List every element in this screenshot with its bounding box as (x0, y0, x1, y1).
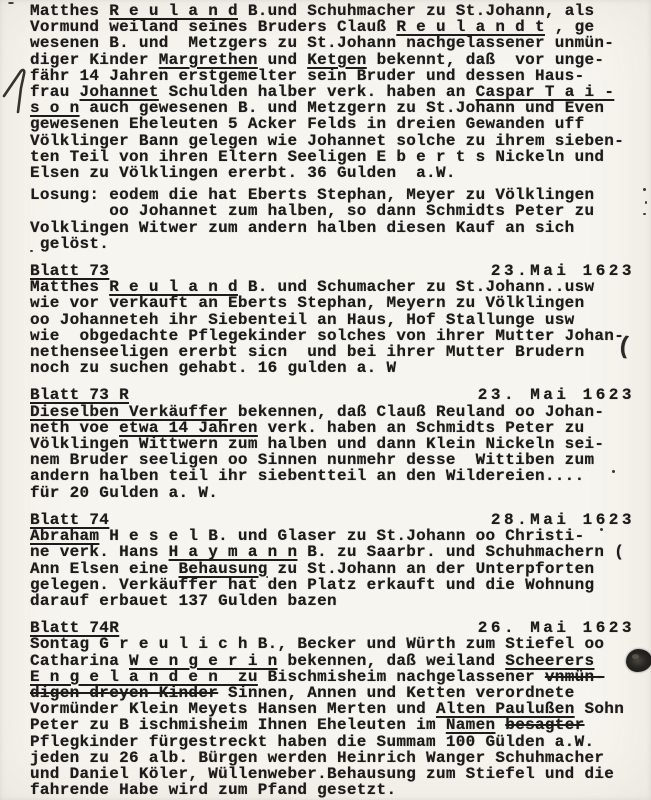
text-run: gelöst. (30, 235, 109, 253)
text-line: nem Bruder seeligen oo Sinnen nunmehr de… (30, 452, 635, 468)
text-line: E n g e l a n d e n zu Bischmisheim nach… (30, 669, 635, 685)
text-line: neth voe etwa 14 Jahren verk. haben an S… (30, 420, 635, 436)
text-line: s o n auch gewesenen B. und Metzgern zu … (30, 100, 635, 116)
text-line: diger Kinder Margrethen und Ketgen beken… (30, 52, 635, 68)
paragraph: Matthes R e u l a n d B.und Schuhmacher … (30, 3, 635, 181)
ink-speck (643, 188, 646, 191)
text-line: Ann Elsen eine Behausung zu St.Johann an… (30, 561, 635, 577)
text-line: Peter zu B ischmisheim Ihnen Eheleuten i… (30, 717, 635, 733)
paragraph: Losung: eodem die hat Eberts Stephan, Me… (30, 187, 635, 252)
text-line: wie obgedachte Pflegekinder solches von … (30, 328, 635, 344)
blatt-heading: Blatt 74R (30, 620, 119, 636)
text-line: Elsen zu Völklingen ererbt. 36 Gulden a.… (30, 165, 635, 181)
text-line: noch zu suchen gehabt. 16 gulden a. W (30, 360, 635, 376)
text-line: oo Johanneteh ihr Siebenteil an Haus, Ho… (30, 312, 635, 328)
text-line: Abraham H e s e l B. und Glaser zu St.Jo… (30, 528, 635, 544)
text-line: Matthes R e u l a n d B.und Schuhmacher … (30, 3, 635, 19)
text-line: Dieselben Verkäuffer bekennen, daß Clauß… (30, 404, 635, 420)
text-line: Sontag G r e u l i c h B., Becker und Wü… (30, 636, 635, 652)
record-entry: Blatt 7323.Mai 1623Matthes R e u l a n d… (30, 263, 635, 376)
text-line: Pflegkinder fürgestreckt haben die Summa… (30, 734, 635, 750)
text-line: Völklinger Bann gelegen wie Johannet sol… (30, 133, 635, 149)
text-run: Volklingen Witwer zum andern halben dies… (30, 219, 575, 237)
text-line: wie vor verkauft an Eberts Stephan, Meye… (30, 295, 635, 311)
text-run: noch zu suchen gehabt. 16 gulden a. W (30, 359, 396, 377)
entry-heading-row: Blatt 74R26. Mai 1623 (30, 620, 635, 636)
entry-heading-row: Blatt 7428.Mai 1623 (30, 512, 635, 528)
text-line: nethenseeligen ererbt sicn und bei ihrer… (30, 344, 635, 360)
record-entry: Blatt 73 R23. Mai 1623Dieselben Verkäuff… (30, 387, 635, 500)
ink-blot (626, 649, 651, 672)
text-line: Matthes R e u l a n d B. und Schumacher … (30, 279, 635, 295)
text-line: fahrende Habe wird zum Pfand gesetzt. (30, 782, 635, 798)
text-run: für 20 Gulden a. W. (30, 484, 218, 502)
text-line: ne verk. Hans H a y m a n n B. zu Saarbr… (30, 544, 635, 560)
text-run: fahrende Habe wird zum Pfand gesetzt. (30, 781, 396, 799)
text-line: andern halben teil ihr siebentteil an de… (30, 468, 635, 484)
entry-date: 23.Mai 1623 (491, 263, 635, 279)
text-line: ten Teil von ihren Eltern Seeligen E b e… (30, 149, 635, 165)
blatt-heading: Blatt 73 (30, 263, 109, 279)
entry-heading-row: Blatt 7323.Mai 1623 (30, 263, 635, 279)
scanned-document-page: Matthes R e u l a n d B.und Schuhmacher … (0, 0, 651, 800)
text-line: darauf erbauet 137 Gulden bazen (30, 593, 635, 609)
entry-date: 23. Mai 1623 (478, 387, 635, 403)
text-line: Vormund weiland seines Bruders Clauß R e… (30, 19, 635, 35)
text-line: gewesenen Eheleuten 5 Acker Felds in dre… (30, 116, 635, 132)
text-line: Völklingen Wittwern zum halben und dann … (30, 436, 635, 452)
text-line: jeden zu 26 alb. Bürgen werden Heinrich … (30, 750, 635, 766)
text-line: wesenen B. und Metzgers zu St.Johann nac… (30, 35, 635, 51)
text-run: Elsen zu Völklingen ererbt. 36 Gulden a.… (30, 164, 456, 182)
text-line: frau Johannet Schulden halber verk. habe… (30, 84, 635, 100)
entry-date: 28.Mai 1623 (491, 512, 635, 528)
text-run: darauf erbauet 137 Gulden bazen (30, 592, 337, 610)
entry-heading-row: Blatt 73 R23. Mai 1623 (30, 387, 635, 403)
text-line: und Daniel Köler, Wüllenweber.Behausung … (30, 766, 635, 782)
ink-speck (30, 250, 33, 252)
text-line: Losung: eodem die hat Eberts Stephan, Me… (30, 187, 635, 203)
text-line: oo Johannet zum halben, so dann Schmidts… (30, 203, 635, 219)
text-line: gelegen. Verkäuffer hat den Platz erkauf… (30, 577, 635, 593)
entry-date: 26. Mai 1623 (478, 620, 635, 636)
text-line: Volklingen Witwer zum andern halben dies… (30, 220, 635, 236)
record-entry: Blatt 74R26. Mai 1623Sontag G r e u l i … (30, 620, 635, 798)
text-line: für 20 Gulden a. W. (30, 485, 635, 501)
ink-speck (8, 2, 14, 4)
handwritten-margin-mark (1, 66, 31, 118)
pen-paren-mark: ( (616, 335, 633, 360)
record-entry: Blatt 7428.Mai 1623Abraham H e s e l B. … (30, 512, 635, 609)
text-line: Catharina W e n g e r i n bekennen, daß … (30, 653, 635, 669)
document-text: Matthes R e u l a n d B.und Schuhmacher … (30, 3, 635, 798)
ink-speck (600, 528, 603, 531)
blatt-heading: Blatt 73 R (30, 387, 129, 403)
text-line: fähr 14 Jahren erstgemelter sein Bruder … (30, 68, 635, 84)
ink-speck (645, 201, 647, 204)
text-line: Vormünder Klein Meyets Hansen Merten und… (30, 701, 635, 717)
blatt-heading: Blatt 74 (30, 512, 109, 528)
ink-speck (612, 470, 615, 473)
text-line: digen dreyen Kinder Sinnen, Annen und Ke… (30, 685, 635, 701)
text-line: gelöst. (30, 236, 635, 252)
ink-speck (643, 213, 646, 215)
